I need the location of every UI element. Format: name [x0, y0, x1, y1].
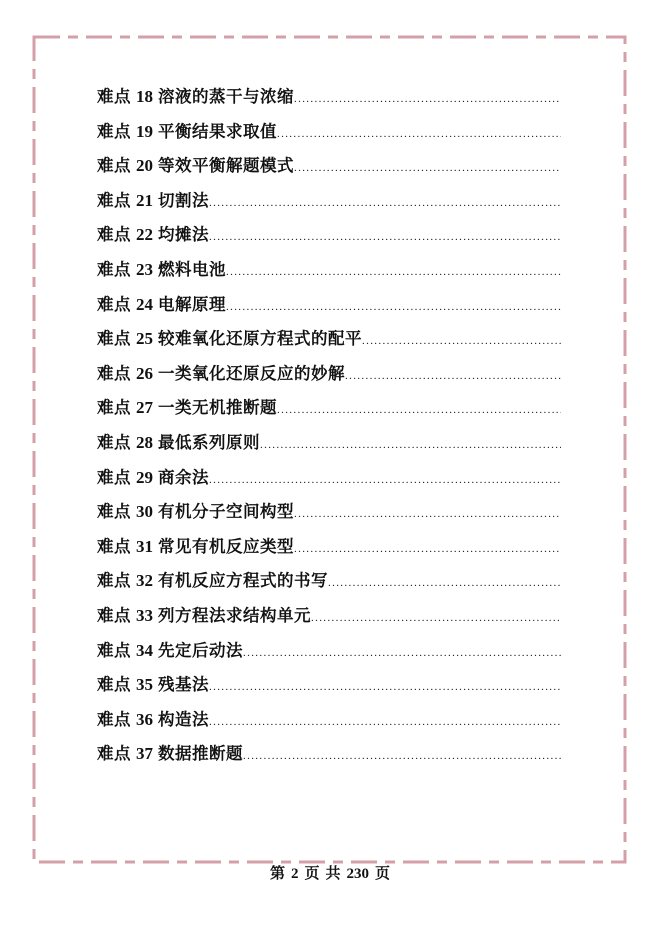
toc-entry-number: 25: [136, 329, 153, 349]
toc-entry-prefix: 难点: [97, 429, 131, 453]
toc-entry-number: 26: [136, 364, 153, 384]
footer-page-word: 页: [304, 866, 319, 882]
dot-leader: [209, 474, 561, 486]
dot-leader: [277, 404, 561, 416]
dot-leader: [243, 647, 561, 659]
toc-entry-title: 有机反应方程式的书写: [158, 567, 328, 591]
toc-entry-prefix: 难点: [97, 740, 131, 764]
footer-total-pages: 230: [347, 866, 370, 882]
toc-entry-title: 先定后动法: [158, 637, 243, 661]
toc-entry-number: 27: [136, 398, 153, 418]
toc-entry-title: 有机分子空间构型: [158, 498, 294, 522]
toc-entry-number: 30: [136, 502, 153, 522]
toc-entry[interactable]: 难点18溶液的蒸干与浓缩: [97, 83, 567, 118]
dot-leader: [362, 335, 561, 347]
dot-leader: [311, 612, 561, 624]
toc-entry-number: 24: [136, 295, 153, 315]
toc-entry-prefix: 难点: [97, 602, 131, 626]
toc-entry-number: 32: [136, 571, 153, 591]
toc-entry-title: 燃料电池: [158, 256, 226, 280]
footer-current-page: 2: [291, 866, 299, 882]
toc-entry-title: 构造法: [158, 706, 209, 730]
toc-entry-prefix: 难点: [97, 118, 131, 142]
page-number-footer: 第2页共230页: [0, 862, 660, 883]
toc-entry-title: 平衡结果求取值: [158, 118, 277, 142]
toc-entry-prefix: 难点: [97, 221, 131, 245]
toc-entry-number: 18: [136, 87, 153, 107]
toc-entry-prefix: 难点: [97, 706, 131, 730]
dot-leader: [209, 231, 561, 243]
dot-leader: [277, 128, 561, 140]
toc-entry-title: 残基法: [158, 671, 209, 695]
toc-entry-title: 电解原理: [158, 291, 226, 315]
toc-entry-prefix: 难点: [97, 394, 131, 418]
toc-entry-prefix: 难点: [97, 256, 131, 280]
toc-entry-prefix: 难点: [97, 567, 131, 591]
toc-entry-number: 29: [136, 468, 153, 488]
toc-entry-number: 21: [136, 191, 153, 211]
footer-page-prefix: 第: [270, 866, 285, 882]
toc-entry[interactable]: 难点22均摊法: [97, 221, 567, 256]
toc-entry-title: 最低系列原则: [158, 429, 260, 453]
toc-entry[interactable]: 难点20等效平衡解题模式: [97, 152, 567, 187]
toc-entry-number: 34: [136, 641, 153, 661]
toc-entry-prefix: 难点: [97, 83, 131, 107]
toc-entry[interactable]: 难点26一类氧化还原反应的妙解: [97, 360, 567, 395]
toc-entry[interactable]: 难点30有机分子空间构型: [97, 498, 567, 533]
toc-entry-number: 31: [136, 537, 153, 557]
dot-leader: [294, 162, 561, 174]
toc-entry[interactable]: 难点32有机反应方程式的书写: [97, 567, 567, 602]
dot-leader: [226, 266, 561, 278]
toc-entry-number: 36: [136, 710, 153, 730]
toc-entry-title: 商余法: [158, 464, 209, 488]
toc-entry[interactable]: 难点28最低系列原则: [97, 429, 567, 464]
table-of-contents: 难点18溶液的蒸干与浓缩 难点19平衡结果求取值 难点20等效平衡解题模式 难点…: [97, 83, 567, 775]
toc-entry[interactable]: 难点36构造法: [97, 706, 567, 741]
toc-entry[interactable]: 难点31常见有机反应类型: [97, 533, 567, 568]
dot-leader: [243, 750, 561, 762]
toc-entry-number: 33: [136, 606, 153, 626]
toc-entry-title: 一类无机推断题: [158, 394, 277, 418]
toc-entry-prefix: 难点: [97, 187, 131, 211]
dot-leader: [294, 508, 561, 520]
toc-entry-prefix: 难点: [97, 360, 131, 384]
toc-entry-number: 22: [136, 225, 153, 245]
toc-entry[interactable]: 难点34先定后动法: [97, 637, 567, 672]
dot-leader: [209, 716, 561, 728]
dot-leader: [328, 577, 561, 589]
toc-entry-title: 数据推断题: [158, 740, 243, 764]
toc-entry-title: 一类氧化还原反应的妙解: [158, 360, 345, 384]
toc-entry-title: 切割法: [158, 187, 209, 211]
toc-entry-title: 常见有机反应类型: [158, 533, 294, 557]
toc-entry-prefix: 难点: [97, 152, 131, 176]
toc-entry[interactable]: 难点23燃料电池: [97, 256, 567, 291]
toc-entry-title: 较难氧化还原方程式的配平: [158, 325, 362, 349]
toc-entry[interactable]: 难点35残基法: [97, 671, 567, 706]
toc-entry[interactable]: 难点19平衡结果求取值: [97, 118, 567, 153]
toc-entry[interactable]: 难点21切割法: [97, 187, 567, 222]
toc-entry-number: 28: [136, 433, 153, 453]
toc-entry-prefix: 难点: [97, 637, 131, 661]
toc-entry-number: 35: [136, 675, 153, 695]
toc-entry[interactable]: 难点29商余法: [97, 464, 567, 499]
toc-entry-prefix: 难点: [97, 498, 131, 522]
footer-total-suffix: 页: [375, 866, 390, 882]
toc-entry-title: 列方程法求结构单元: [158, 602, 311, 626]
toc-entry-prefix: 难点: [97, 325, 131, 349]
dot-leader: [294, 543, 561, 555]
dot-leader: [345, 370, 561, 382]
toc-entry-prefix: 难点: [97, 291, 131, 315]
toc-entry-title: 溶液的蒸干与浓缩: [158, 83, 294, 107]
toc-entry-number: 19: [136, 122, 153, 142]
toc-entry-number: 20: [136, 156, 153, 176]
toc-entry-number: 23: [136, 260, 153, 280]
dot-leader: [226, 301, 561, 313]
toc-entry-prefix: 难点: [97, 533, 131, 557]
dot-leader: [294, 93, 561, 105]
toc-entry-title: 均摊法: [158, 221, 209, 245]
toc-entry-prefix: 难点: [97, 671, 131, 695]
toc-entry[interactable]: 难点24电解原理: [97, 291, 567, 326]
dot-leader: [209, 197, 561, 209]
footer-total-prefix: 共: [326, 866, 341, 882]
toc-entry[interactable]: 难点37数据推断题: [97, 740, 567, 775]
toc-entry[interactable]: 难点27一类无机推断题: [97, 394, 567, 429]
toc-entry[interactable]: 难点33列方程法求结构单元: [97, 602, 567, 637]
dot-leader: [260, 439, 561, 451]
toc-entry-number: 37: [136, 744, 153, 764]
toc-entry-prefix: 难点: [97, 464, 131, 488]
toc-entry-title: 等效平衡解题模式: [158, 152, 294, 176]
dot-leader: [209, 681, 561, 693]
toc-entry[interactable]: 难点25较难氧化还原方程式的配平: [97, 325, 567, 360]
